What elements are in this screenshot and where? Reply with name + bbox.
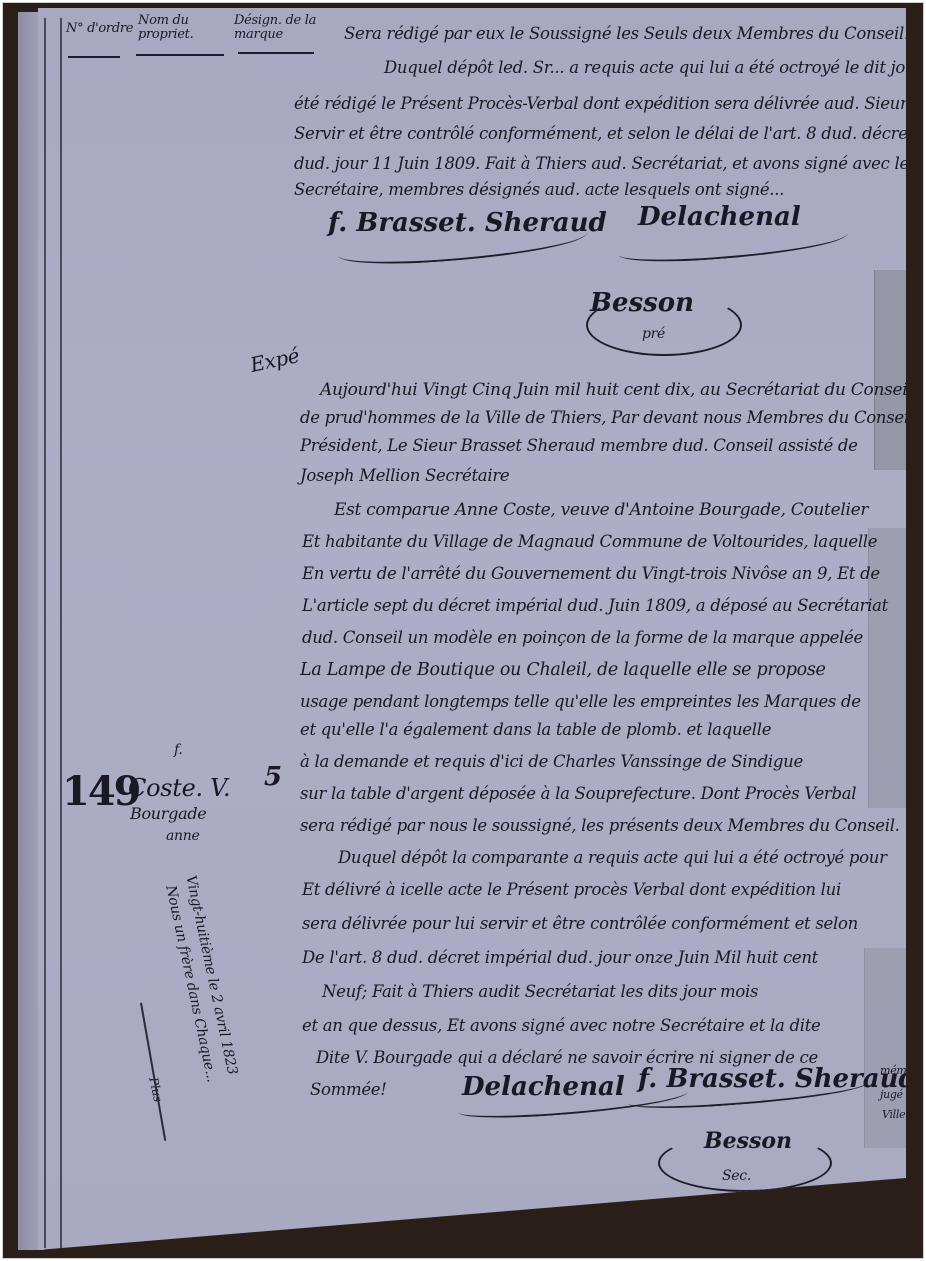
register-page: N° d'ordre Nom du propriet. Désign. de l…	[38, 8, 906, 1250]
text-line: L'article sept du décret impérial dud. J…	[302, 596, 888, 615]
signature-subscript: pré	[642, 326, 665, 342]
edge-fragment: Ville	[882, 1108, 905, 1121]
margin-rule-2	[60, 18, 62, 1248]
entry-number-prefix: f.	[174, 742, 183, 758]
margin-word-expe: Expé	[248, 343, 301, 377]
owner-name-line2: Bourgade	[130, 804, 206, 823]
column-header-order: N° d'ordre	[66, 22, 133, 36]
text-line: Secrétaire, membres désignés aud. acte l…	[294, 180, 784, 199]
signature-subscript: Sec.	[722, 1168, 751, 1184]
pasted-paper-strip	[874, 270, 907, 470]
text-line: dud. Conseil un modèle en poinçon de la …	[302, 628, 863, 647]
header-underline	[136, 54, 224, 56]
owner-name-line3: anne	[166, 828, 199, 844]
text-line: Neuf; Fait à Thiers audit Secrétariat le…	[322, 982, 758, 1001]
text-line: Duquel dépôt led. Sr... a requis acte qu…	[384, 58, 923, 77]
text-line: et qu'elle l'a également dans la table d…	[300, 720, 771, 739]
text-line: sera délivrée pour lui servir et être co…	[302, 914, 858, 933]
margin-rule-1	[44, 18, 46, 1248]
text-line: Joseph Mellion Secrétaire	[300, 466, 509, 485]
text-line: Servir et être contrôlé conformément, et…	[294, 124, 926, 143]
signature-flourish	[586, 294, 742, 356]
text-line: à la demande et requis d'ici de Charles …	[300, 752, 803, 771]
text-line: été rédigé le Présent Procès-Verbal dont…	[294, 94, 926, 113]
text-line: Et habitante du Village de Magnaud Commu…	[302, 532, 877, 551]
entry-side-mark: 5	[264, 762, 282, 792]
text-line: Est comparue Anne Coste, veuve d'Antoine…	[334, 500, 868, 520]
owner-name: Coste. V.	[128, 774, 230, 802]
text-line: de prud'hommes de la Ville de Thiers, Pa…	[300, 408, 919, 427]
pen-stroke	[140, 1003, 166, 1141]
column-header-owner: Nom du propriet.	[138, 14, 218, 42]
header-underline	[68, 56, 120, 58]
edge-fragment: jugé	[880, 1088, 903, 1101]
text-line: sera rédigé par nous le soussigné, les p…	[300, 816, 900, 835]
header-underline	[238, 52, 314, 54]
text-line: Et délivré à icelle acte le Présent proc…	[302, 880, 841, 899]
text-line: et an que dessus, Et avons signé avec no…	[302, 1016, 821, 1035]
column-header-mark: Désign. de la marque	[234, 14, 320, 42]
text-line: Duquel dépôt la comparante a requis acte…	[338, 848, 887, 867]
text-line: Sera rédigé par eux le Soussigné les Seu…	[344, 24, 909, 43]
text-line: Aujourd'hui Vingt Cinq Juin mil huit cen…	[320, 380, 913, 400]
text-line: usage pendant longtemps telle qu'elle le…	[300, 692, 861, 711]
text-line: En vertu de l'arrêté du Gouvernement du …	[302, 564, 880, 583]
text-line: dud. jour 11 Juin 1809. Fait à Thiers au…	[294, 154, 909, 173]
text-line: De l'art. 8 dud. décret impérial dud. jo…	[302, 948, 818, 967]
text-line: sur la table d'argent déposée à la Soupr…	[300, 784, 856, 803]
text-line: La Lampe de Boutique ou Chaleil, de laqu…	[300, 660, 826, 680]
text-line: Sommée!	[310, 1080, 387, 1099]
text-line: Président, Le Sieur Brasset Sheraud memb…	[300, 436, 858, 455]
